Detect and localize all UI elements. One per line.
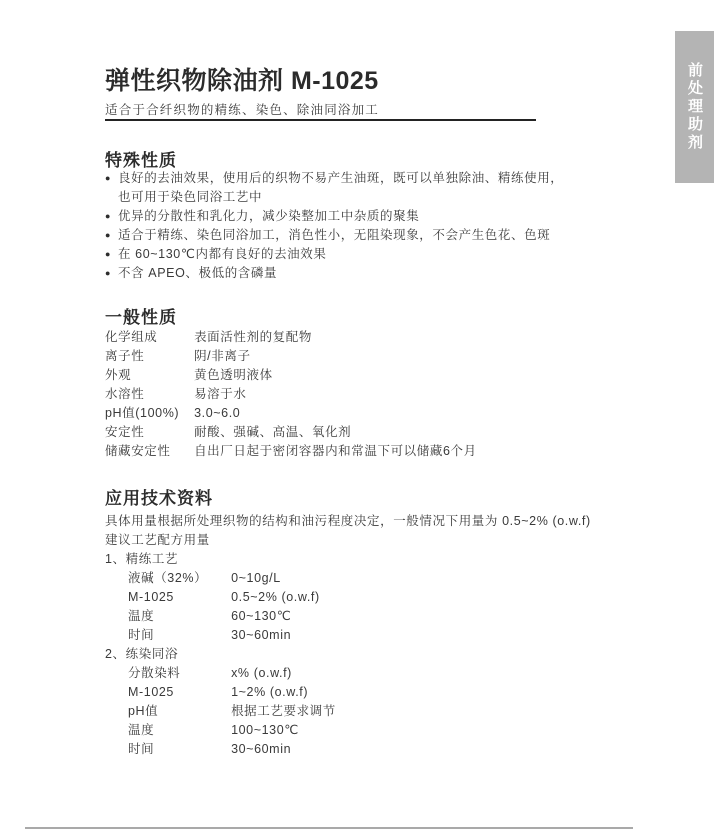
bullet-dot-icon: ● bbox=[105, 169, 111, 188]
bullet-dot-icon: ● bbox=[105, 245, 111, 264]
row-value: 耐酸、强碱、高温、氧化剂 bbox=[194, 423, 351, 442]
category-tab: 前处理助剂 bbox=[675, 31, 714, 183]
subtitle-rule bbox=[105, 119, 536, 121]
row-label: 分散染料 bbox=[128, 664, 227, 683]
list-item: ● 优异的分散性和乳化力，减少染整加工中杂质的聚集 bbox=[105, 207, 575, 226]
process-name: 练染同浴 bbox=[126, 647, 178, 661]
bullet-dot-icon: ● bbox=[105, 207, 111, 226]
row-value: 表面活性剂的复配物 bbox=[194, 328, 312, 347]
bullet-text: 适合于精练、染色同浴加工，消色性小，无阻染现象，不会产生色花、色斑 bbox=[118, 226, 550, 245]
table-row: 离子性 阴/非离子 bbox=[105, 347, 477, 366]
row-label: M-1025 bbox=[128, 588, 227, 607]
table-row: M-1025 0.5~2% (o.w.f) bbox=[105, 588, 591, 607]
process-index: 2、 bbox=[105, 647, 126, 661]
row-value: 30~60min bbox=[231, 626, 291, 645]
row-label: 液碱（32%） bbox=[128, 569, 227, 588]
list-item: ● 不含 APEO、极低的含磷量 bbox=[105, 264, 575, 283]
section-heading-application-data: 应用技术资料 bbox=[105, 484, 213, 509]
row-value: 黄色透明液体 bbox=[194, 366, 273, 385]
row-value: 自出厂日起于密闭容器内和常温下可以储藏6个月 bbox=[194, 442, 477, 461]
row-label: pH值 bbox=[128, 702, 227, 721]
process-heading: 1、精练工艺 bbox=[105, 550, 591, 569]
table-row: 液碱（32%） 0~10g/L bbox=[105, 569, 591, 588]
list-item: ● 在 60~130℃内都有良好的去油效果 bbox=[105, 245, 575, 264]
general-properties-table: 化学组成 表面活性剂的复配物 离子性 阴/非离子 外观 黄色透明液体 水溶性 易… bbox=[105, 328, 477, 461]
row-value: 易溶于水 bbox=[194, 385, 246, 404]
row-value: x% (o.w.f) bbox=[231, 664, 292, 683]
category-tab-label: 前处理助剂 bbox=[684, 62, 705, 152]
bullet-dot-icon: ● bbox=[105, 264, 111, 283]
product-title: 弹性织物除油剂 M-1025 bbox=[105, 61, 379, 97]
application-subheading: 建议工艺配方用量 bbox=[105, 531, 591, 550]
table-row: 储藏安定性 自出厂日起于密闭容器内和常温下可以储藏6个月 bbox=[105, 442, 477, 461]
row-value: 0~10g/L bbox=[231, 569, 281, 588]
row-label: 储藏安定性 bbox=[105, 442, 190, 461]
datasheet-page: 前处理助剂 弹性织物除油剂 M-1025 适合于合纤织物的精练、染色、除油同浴加… bbox=[0, 0, 717, 833]
bullet-text: 在 60~130℃内都有良好的去油效果 bbox=[118, 245, 326, 264]
row-value: 100~130℃ bbox=[231, 721, 299, 740]
row-value: 3.0~6.0 bbox=[194, 404, 240, 423]
product-subtitle: 适合于合纤织物的精练、染色、除油同浴加工 bbox=[105, 100, 379, 118]
row-label: pH值(100%) bbox=[105, 404, 190, 423]
process-index: 1、 bbox=[105, 552, 126, 566]
row-label: 时间 bbox=[128, 626, 227, 645]
row-label: 温度 bbox=[128, 721, 227, 740]
row-label: 水溶性 bbox=[105, 385, 190, 404]
bullet-text: 优异的分散性和乳化力，减少染整加工中杂质的聚集 bbox=[118, 207, 419, 226]
table-row: 时间 30~60min bbox=[105, 626, 591, 645]
special-properties-list: ● 良好的去油效果，使用后的织物不易产生油斑，既可以单独除油、精练使用，也可用于… bbox=[105, 169, 575, 283]
table-row: 分散染料 x% (o.w.f) bbox=[105, 664, 591, 683]
section-heading-general-properties: 一般性质 bbox=[105, 303, 177, 328]
table-row: 温度 60~130℃ bbox=[105, 607, 591, 626]
bullet-text: 良好的去油效果，使用后的织物不易产生油斑，既可以单独除油、精练使用，也可用于染色… bbox=[118, 169, 570, 207]
table-row: pH值 根据工艺要求调节 bbox=[105, 702, 591, 721]
footer-rule bbox=[25, 827, 633, 829]
row-value: 0.5~2% (o.w.f) bbox=[231, 588, 320, 607]
application-intro: 具体用量根据所处理织物的结构和油污程度决定，一般情况下用量为 0.5~2% (o… bbox=[105, 512, 591, 531]
list-item: ● 适合于精练、染色同浴加工，消色性小，无阻染现象，不会产生色花、色斑 bbox=[105, 226, 575, 245]
application-section-body: 具体用量根据所处理织物的结构和油污程度决定，一般情况下用量为 0.5~2% (o… bbox=[105, 512, 591, 759]
table-row: 水溶性 易溶于水 bbox=[105, 385, 477, 404]
table-row: M-1025 1~2% (o.w.f) bbox=[105, 683, 591, 702]
bullet-dot-icon: ● bbox=[105, 226, 111, 245]
process-name: 精练工艺 bbox=[126, 552, 178, 566]
row-value: 阴/非离子 bbox=[194, 347, 250, 366]
row-label: 外观 bbox=[105, 366, 190, 385]
table-row: 安定性 耐酸、强碱、高温、氧化剂 bbox=[105, 423, 477, 442]
table-row: 时间 30~60min bbox=[105, 740, 591, 759]
row-label: 安定性 bbox=[105, 423, 190, 442]
row-label: 离子性 bbox=[105, 347, 190, 366]
process-heading: 2、练染同浴 bbox=[105, 645, 591, 664]
table-row: pH值(100%) 3.0~6.0 bbox=[105, 404, 477, 423]
row-label: M-1025 bbox=[128, 683, 227, 702]
bullet-text: 不含 APEO、极低的含磷量 bbox=[118, 264, 277, 283]
row-label: 时间 bbox=[128, 740, 227, 759]
row-label: 温度 bbox=[128, 607, 227, 626]
row-value: 1~2% (o.w.f) bbox=[231, 683, 308, 702]
table-row: 外观 黄色透明液体 bbox=[105, 366, 477, 385]
table-row: 化学组成 表面活性剂的复配物 bbox=[105, 328, 477, 347]
table-row: 温度 100~130℃ bbox=[105, 721, 591, 740]
row-value: 根据工艺要求调节 bbox=[231, 702, 336, 721]
list-item: ● 良好的去油效果，使用后的织物不易产生油斑，既可以单独除油、精练使用，也可用于… bbox=[105, 169, 575, 207]
row-value: 30~60min bbox=[231, 740, 291, 759]
row-label: 化学组成 bbox=[105, 328, 190, 347]
section-heading-special-properties: 特殊性质 bbox=[105, 146, 177, 171]
row-value: 60~130℃ bbox=[231, 607, 291, 626]
